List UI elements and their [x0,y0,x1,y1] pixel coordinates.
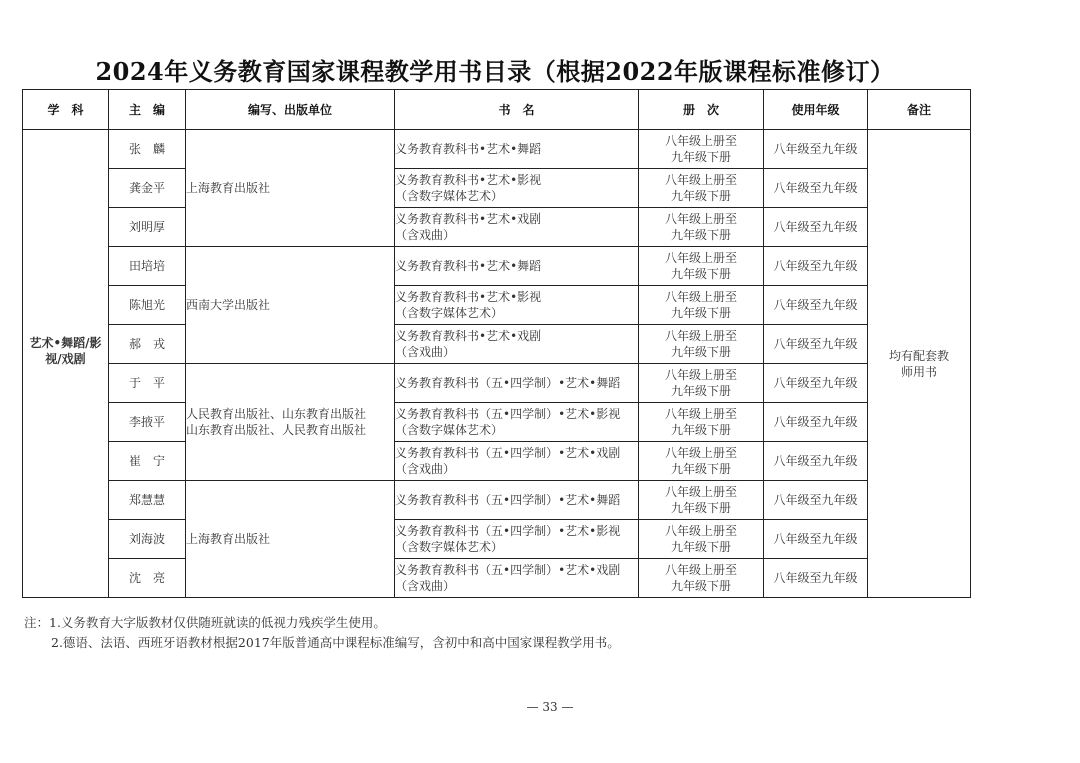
volume-cell: 八年级上册至 九年级下册 [639,403,764,442]
publisher-cell: 西南大学出版社 [186,247,395,364]
header-publisher: 编写、出版单位 [186,90,395,130]
table-row: 崔 宁义务教育教科书（五•四学制）•艺术•戏剧（含戏曲）八年级上册至 九年级下册… [23,442,971,481]
book-title-cell: 义务教育教科书（五•四学制）•艺术•戏剧（含戏曲） [395,559,639,598]
grade-cell: 八年级至九年级 [764,130,868,169]
book-title-cell: 义务教育教科书（五•四学制）•艺术•舞蹈 [395,481,639,520]
volume-cell: 八年级上册至 九年级下册 [639,364,764,403]
book-title-cell: 义务教育教科书•艺术•舞蹈 [395,130,639,169]
grade-cell: 八年级至九年级 [764,325,868,364]
book-title-cell: 义务教育教科书（五•四学制）•艺术•影视（含数字媒体艺术） [395,403,639,442]
editor-cell: 张 麟 [109,130,186,169]
publisher-cell: 上海教育出版社 [186,481,395,598]
book-title-cell: 义务教育教科书（五•四学制）•艺术•戏剧（含戏曲） [395,442,639,481]
grade-cell: 八年级至九年级 [764,208,868,247]
editor-cell: 于 平 [109,364,186,403]
grade-cell: 八年级至九年级 [764,520,868,559]
grade-cell: 八年级至九年级 [764,442,868,481]
editor-cell: 刘明厚 [109,208,186,247]
volume-cell: 八年级上册至 九年级下册 [639,247,764,286]
table-row: 龚金平义务教育教科书•艺术•影视 （含数字媒体艺术）八年级上册至 九年级下册八年… [23,169,971,208]
editor-cell: 陈旭光 [109,286,186,325]
book-title-cell: 义务教育教科书•艺术•影视 （含数字媒体艺术） [395,286,639,325]
editor-cell: 龚金平 [109,169,186,208]
table-row: 于 平人民教育出版社、山东教育出版社 山东教育出版社、人民教育出版社义务教育教科… [23,364,971,403]
book-title-cell: 义务教育教科书（五•四学制）•艺术•影视（含数字媒体艺术） [395,520,639,559]
volume-cell: 八年级上册至 九年级下册 [639,442,764,481]
grade-cell: 八年级至九年级 [764,481,868,520]
footnote-1: 注：1.义务教育大字版教材仅供随班就读的低视力残疾学生使用。 [24,613,620,633]
editor-cell: 刘海波 [109,520,186,559]
book-title-cell: 义务教育教科书•艺术•戏剧 （含戏曲） [395,208,639,247]
table-row: 田培培西南大学出版社义务教育教科书•艺术•舞蹈八年级上册至 九年级下册八年级至九… [23,247,971,286]
footnote-2: 2.德语、法语、西班牙语教材根据2017年版普通高中课程标准编写，含初中和高中国… [24,633,620,653]
volume-cell: 八年级上册至 九年级下册 [639,169,764,208]
editor-cell: 李掖平 [109,403,186,442]
editor-cell: 郝 戎 [109,325,186,364]
grade-cell: 八年级至九年级 [764,247,868,286]
book-title-cell: 义务教育教科书•艺术•戏剧 （含戏曲） [395,325,639,364]
grade-cell: 八年级至九年级 [764,286,868,325]
header-grade: 使用年级 [764,90,868,130]
grade-cell: 八年级至九年级 [764,169,868,208]
volume-cell: 八年级上册至 九年级下册 [639,325,764,364]
editor-cell: 郑慧慧 [109,481,186,520]
volume-cell: 八年级上册至 九年级下册 [639,559,764,598]
table-row: 郑慧慧上海教育出版社义务教育教科书（五•四学制）•艺术•舞蹈八年级上册至 九年级… [23,481,971,520]
publisher-cell: 人民教育出版社、山东教育出版社 山东教育出版社、人民教育出版社 [186,364,395,481]
table-header-row: 学 科 主 编 编写、出版单位 书 名 册 次 使用年级 备注 [23,90,971,130]
table-row: 刘明厚义务教育教科书•艺术•戏剧 （含戏曲）八年级上册至 九年级下册八年级至九年… [23,208,971,247]
volume-cell: 八年级上册至 九年级下册 [639,286,764,325]
grade-cell: 八年级至九年级 [764,364,868,403]
footnotes: 注：1.义务教育大字版教材仅供随班就读的低视力残疾学生使用。 2.德语、法语、西… [24,613,620,653]
table-row: 刘海波义务教育教科书（五•四学制）•艺术•影视（含数字媒体艺术）八年级上册至 九… [23,520,971,559]
grade-cell: 八年级至九年级 [764,559,868,598]
table-row: 郝 戎义务教育教科书•艺术•戏剧 （含戏曲）八年级上册至 九年级下册八年级至九年… [23,325,971,364]
table-row: 陈旭光义务教育教科书•艺术•影视 （含数字媒体艺术）八年级上册至 九年级下册八年… [23,286,971,325]
publisher-cell: 上海教育出版社 [186,130,395,247]
header-editor: 主 编 [109,90,186,130]
page-title: 2024年义务教育国家课程教学用书目录（根据2022年版课程标准修订） [0,52,990,87]
table-row: 李掖平义务教育教科书（五•四学制）•艺术•影视（含数字媒体艺术）八年级上册至 九… [23,403,971,442]
editor-cell: 田培培 [109,247,186,286]
book-title-cell: 义务教育教科书•艺术•舞蹈 [395,247,639,286]
grade-cell: 八年级至九年级 [764,403,868,442]
table-row: 艺术•舞蹈/影视/戏剧张 麟上海教育出版社义务教育教科书•艺术•舞蹈八年级上册至… [23,130,971,169]
subject-cell: 艺术•舞蹈/影视/戏剧 [23,130,109,598]
header-remark: 备注 [868,90,971,130]
page-number: — 33 — [0,700,1080,714]
header-book-title: 书 名 [395,90,639,130]
editor-cell: 沈 亮 [109,559,186,598]
volume-cell: 八年级上册至 九年级下册 [639,208,764,247]
volume-cell: 八年级上册至 九年级下册 [639,481,764,520]
textbook-catalog-table: 学 科 主 编 编写、出版单位 书 名 册 次 使用年级 备注 艺术•舞蹈/影视… [22,89,971,598]
table-row: 沈 亮义务教育教科书（五•四学制）•艺术•戏剧（含戏曲）八年级上册至 九年级下册… [23,559,971,598]
book-title-cell: 义务教育教科书•艺术•影视 （含数字媒体艺术） [395,169,639,208]
header-subject: 学 科 [23,90,109,130]
remark-cell: 均有配套教师用书 [868,130,971,598]
header-volume: 册 次 [639,90,764,130]
volume-cell: 八年级上册至 九年级下册 [639,130,764,169]
volume-cell: 八年级上册至 九年级下册 [639,520,764,559]
book-title-cell: 义务教育教科书（五•四学制）•艺术•舞蹈 [395,364,639,403]
editor-cell: 崔 宁 [109,442,186,481]
